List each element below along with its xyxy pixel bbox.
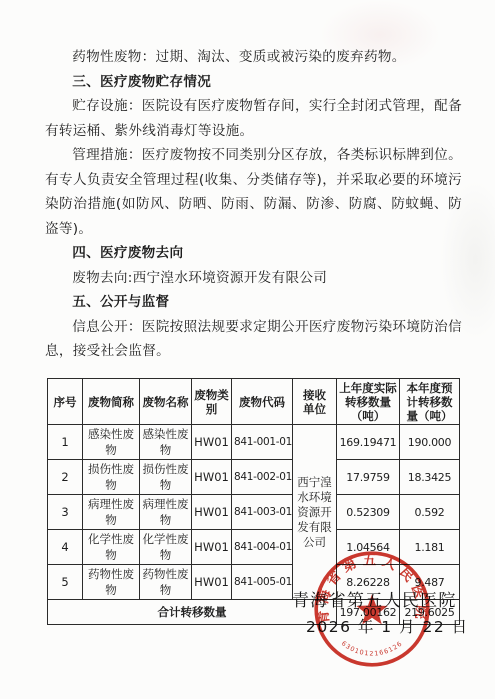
cell-code: 841-003-01: [232, 495, 293, 530]
heading-waste-destination: 四、医疗废物去向: [45, 241, 462, 266]
cell-name: 损伤性废物: [140, 460, 192, 495]
seal-code-text: 6301012166126: [340, 639, 404, 657]
header-waste-category: 废物类别: [192, 379, 232, 425]
paragraph-storage-facility: 贮存设施：医院设有医疗废物暂存间，实行全封闭式管理，配备有转运桶、紫外线消毒灯等…: [45, 94, 462, 143]
table-header-row: 序号 废物简称 废物名称 废物类别 废物代码 接收单位 上年度实际转移数量（吨）…: [48, 379, 460, 425]
paragraph-management-measures: 管理措施：医疗废物按不同类别分区存放，各类标识标牌到位。有专人负责安全管理过程(…: [45, 143, 462, 241]
cell-code: 841-005-01: [232, 565, 293, 600]
cell-short-name: 化学性废物: [83, 530, 140, 565]
cell-code: 841-004-01: [232, 530, 293, 565]
heading-disclosure-supervision: 五、公开与监督: [45, 290, 462, 315]
cell-code: 841-002-01: [232, 460, 293, 495]
cell-name: 药物性废物: [140, 565, 192, 600]
heading-storage-status: 三、医疗废物贮存情况: [45, 70, 462, 95]
header-waste-name: 废物名称: [140, 379, 192, 425]
cell-name: 感染性废物: [140, 425, 192, 460]
cell-category: HW01: [192, 425, 232, 460]
paragraph-waste-destination: 废物去向:西宁湟水环境资源开发有限公司: [45, 266, 462, 291]
cell-name: 化学性废物: [140, 530, 192, 565]
paragraph-pharmaceutical-waste: 药物性废物：过期、淘汰、变质或被污染的废弃药物。: [45, 45, 462, 70]
cell-serial: 1: [48, 425, 83, 460]
cell-serial: 2: [48, 460, 83, 495]
cell-cur-qty: 18.3425: [400, 460, 460, 495]
cell-cur-qty: 0.592: [400, 495, 460, 530]
table-row: 2 损伤性废物 损伤性废物 HW01 841-002-01 17.9759 18…: [48, 460, 460, 495]
official-seal: 青海省第五人民医院 6301012166126: [301, 538, 443, 680]
cell-category: HW01: [192, 495, 232, 530]
cell-code: 841-001-01: [232, 425, 293, 460]
header-cur-year-qty: 本年度预计转移数量（吨）: [400, 379, 460, 425]
cell-prev-qty: 17.9759: [337, 460, 400, 495]
cell-short-name: 感染性废物: [83, 425, 140, 460]
cell-category: HW01: [192, 565, 232, 600]
cell-prev-qty: 169.19471: [337, 425, 400, 460]
cell-category: HW01: [192, 530, 232, 565]
header-waste-short-name: 废物简称: [83, 379, 140, 425]
table-row: 3 病理性废物 病理性废物 HW01 841-003-01 0.52309 0.…: [48, 495, 460, 530]
cell-serial: 3: [48, 495, 83, 530]
cell-short-name: 损伤性废物: [83, 460, 140, 495]
cell-name: 病理性废物: [140, 495, 192, 530]
paragraph-information-disclosure: 信息公开：医院按照法规要求定期公开医疗废物污染环境防治信息，接受社会监督。: [45, 315, 462, 364]
seal-star-icon: [356, 594, 387, 624]
cell-short-name: 病理性废物: [83, 495, 140, 530]
cell-short-name: 药物性废物: [83, 565, 140, 600]
cell-prev-qty: 0.52309: [337, 495, 400, 530]
document-body: 药物性废物：过期、淘汰、变质或被污染的废弃药物。 三、医疗废物贮存情况 贮存设施…: [45, 45, 462, 364]
cell-cur-qty: 190.000: [400, 425, 460, 460]
scanned-document-page: 药物性废物：过期、淘汰、变质或被污染的废弃药物。 三、医疗废物贮存情况 贮存设施…: [0, 0, 495, 699]
header-waste-code: 废物代码: [232, 379, 293, 425]
header-prev-year-qty: 上年度实际转移数量（吨）: [337, 379, 400, 425]
header-receiving-unit: 接收单位: [293, 379, 337, 425]
header-serial: 序号: [48, 379, 83, 425]
cell-category: HW01: [192, 460, 232, 495]
table-row: 1 感染性废物 感染性废物 HW01 841-001-01 西宁湟水环境资源开发…: [48, 425, 460, 460]
cell-serial: 5: [48, 565, 83, 600]
cell-serial: 4: [48, 530, 83, 565]
